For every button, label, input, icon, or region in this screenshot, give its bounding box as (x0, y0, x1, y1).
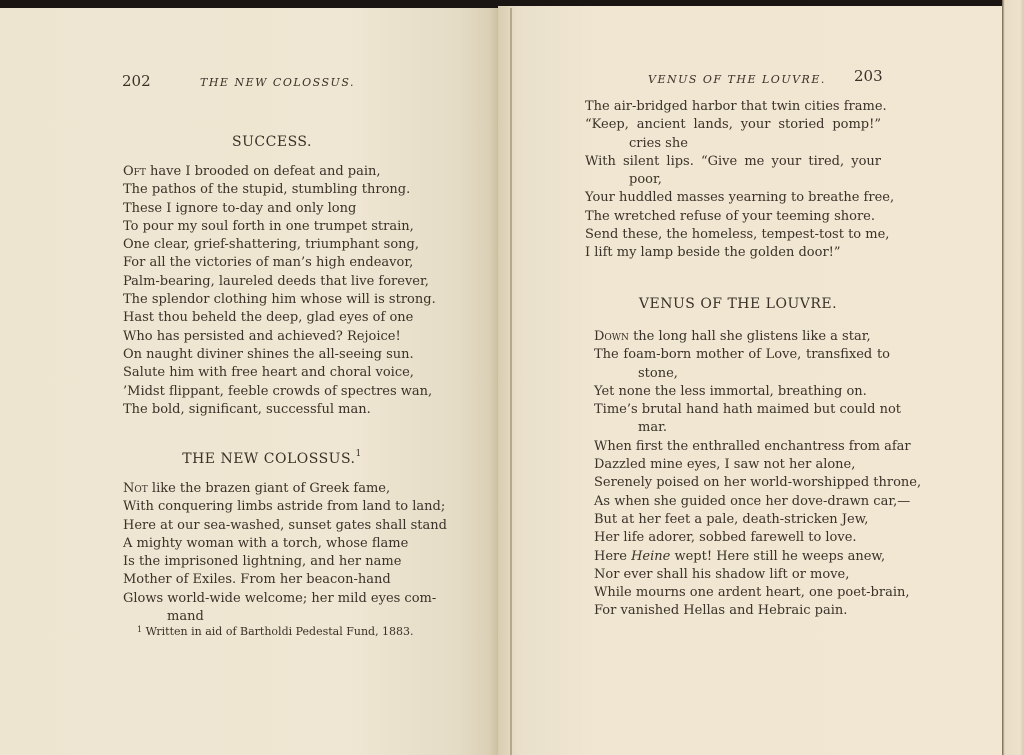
poem-line: As when she guided once her dove-drawn c… (594, 493, 890, 511)
poem-line: But at her feet a pale, death-stricken J… (594, 511, 890, 529)
poem-line: On naught diviner shines the all-seeing … (123, 346, 413, 364)
poem-line: Down the long hall she glistens like a s… (594, 328, 890, 346)
poem-line: Palm-bearing, laureled deeds that live f… (123, 273, 413, 291)
poem-line: “Keep, ancient lands, your storied pomp!… (585, 116, 881, 134)
poem-line: Here Heine wept! Here still he weeps ane… (594, 548, 890, 566)
poem-venus-of-the-louvre: Down the long hall she glistens like a s… (594, 328, 890, 621)
poem-line: A mighty woman with a torch, whose flame (123, 535, 421, 553)
poem-line: I lift my lamp beside the golden door!” (585, 244, 881, 262)
poem-line: Oft have I brooded on defeat and pain, (123, 163, 413, 181)
poem-line: For all the victories of man’s high ende… (123, 254, 413, 272)
poem-line: Send these, the homeless, tempest-tost t… (585, 226, 881, 244)
poem-line: Serenely poised on her world-worshipped … (594, 474, 890, 492)
poem-line: cries she (585, 135, 881, 153)
poem-line: While mourns one ardent heart, one poet-… (594, 584, 890, 602)
poem-line: Not like the brazen giant of Greek fame, (123, 480, 421, 498)
poem-line: To pour my soul forth in one trumpet str… (123, 218, 413, 236)
poem-line: The wretched refuse of your teeming shor… (585, 208, 881, 226)
page-fold-line (510, 8, 512, 755)
poem-line: Glows world-wide welcome; her mild eyes … (123, 590, 421, 608)
poem-line: ’Midst flippant, feeble crowds of spectr… (123, 383, 413, 401)
poem-success: Oft have I brooded on defeat and pain, T… (123, 163, 413, 419)
poem-line: The splendor clothing him whose will is … (123, 291, 413, 309)
poem-line: Her life adorer, sobbed farewell to love… (594, 529, 890, 547)
poem-line: mand (123, 608, 421, 626)
poem-line: stone, (594, 365, 890, 383)
right-page: VENUS OF THE LOUVRE. 203 The air-bridged… (498, 6, 1002, 755)
poem-line: The bold, significant, successful man. (123, 401, 413, 419)
poem-line: The foam-born mother of Love, transfixed… (594, 346, 890, 364)
poem-title-venus: VENUS OF THE LOUVRE. (593, 296, 883, 312)
poem-line: Yet none the less immortal, breathing on… (594, 383, 890, 401)
poem-line: Nor ever shall his shadow lift or move, (594, 566, 890, 584)
poem-line: mar. (594, 419, 890, 437)
poem-line: The air-bridged harbor that twin cities … (585, 98, 881, 116)
poem-line: Mother of Exiles. From her beacon-hand (123, 571, 421, 589)
poem-line: Is the imprisoned lightning, and her nam… (123, 553, 421, 571)
poem-line: poor, (585, 171, 881, 189)
poem-line: For vanished Hellas and Hebraic pain. (594, 602, 890, 620)
poem-line: One clear, grief-shattering, triumphant … (123, 236, 413, 254)
page-number: 202 (122, 72, 151, 90)
poem-line: With conquering limbs astride from land … (123, 498, 421, 516)
running-head: THE NEW COLOSSUS. (200, 76, 355, 89)
poem-line: Here at our sea-washed, sunset gates sha… (123, 517, 421, 535)
poem-line: Your huddled masses yearning to breathe … (585, 189, 881, 207)
poem-line: Salute him with free heart and choral vo… (123, 364, 413, 382)
page-edges (1002, 0, 1024, 755)
footnote-mark: 1 (356, 449, 362, 459)
poem-line: Time’s brutal hand hath maimed but could… (594, 401, 890, 419)
running-head: VENUS OF THE LOUVRE. (648, 73, 826, 86)
footnote: 1 Written in aid of Bartholdi Pedestal F… (137, 625, 414, 638)
poem-line: These I ignore to-day and only long (123, 200, 413, 218)
poem-line: Who has persisted and achieved? Rejoice! (123, 328, 413, 346)
left-page: 202 THE NEW COLOSSUS. SUCCESS. Oft have … (0, 8, 498, 755)
poem-new-colossus: Not like the brazen giant of Greek fame,… (123, 480, 421, 626)
poem-title-success: SUCCESS. (122, 134, 422, 150)
poem-line: When first the enthralled enchantress fr… (594, 438, 890, 456)
poem-line: Dazzled mine eyes, I saw not her alone, (594, 456, 890, 474)
poem-continuation: The air-bridged harbor that twin cities … (585, 98, 881, 263)
poem-title-new-colossus: THE NEW COLOSSUS.1 (122, 451, 422, 467)
poem-line: The pathos of the stupid, stumbling thro… (123, 181, 413, 199)
poem-line: With silent lips. “Give me your tired, y… (585, 153, 881, 171)
page-number: 203 (854, 67, 883, 85)
book-spread: 202 THE NEW COLOSSUS. SUCCESS. Oft have … (0, 8, 1024, 755)
poem-line: Hast thou beheld the deep, glad eyes of … (123, 309, 413, 327)
